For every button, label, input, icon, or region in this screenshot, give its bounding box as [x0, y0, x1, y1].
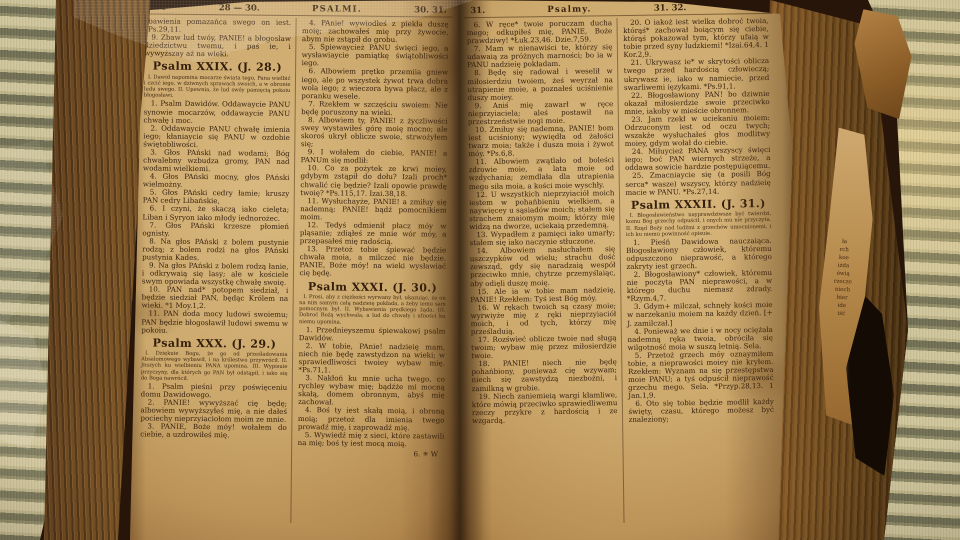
text-block: 3. Nakłoń ku mnie ucha twego, co rychley…	[298, 374, 445, 408]
text-block: 11. PAN doda mocy ludowi swoiemu; PAN bę…	[141, 310, 288, 336]
text-block: 19. Niech zaniemieią wargi kłamliwe, któ…	[472, 391, 618, 425]
text-block: 9. Na głos PAński z bolem rodzą łanie, i…	[142, 261, 289, 287]
fragment-word: bier	[836, 295, 847, 301]
verse-range: 28 — 30.	[219, 3, 260, 13]
text-block: Psalm XXIX. (J. 28.)	[144, 61, 291, 75]
text-block: 18. PANIE! niech nie będę pohańbiony, po…	[471, 358, 617, 392]
text-block: 8. Na głos PAński z bolem pustynie rodzą…	[142, 237, 289, 263]
text-column: zbawienia pomazańca swego on iest. *Ps.2…	[137, 16, 295, 523]
text-column: 20. O iakoż iest wielka dobroć twoia, kt…	[616, 16, 780, 523]
text-block: 21. Ukrywasz ie* w skrytości oblicza twe…	[624, 57, 770, 91]
text-block: 2. W tobie, PAnie! nadzieię mam, niech n…	[298, 342, 445, 376]
text-block: 23. Jam rzekł w uciekaniu moiem: Odrzuco…	[624, 114, 770, 148]
left-page-columns: zbawienia pomazańca swego on iest. *Ps.2…	[137, 16, 452, 524]
running-title: PSALMI.	[312, 4, 362, 15]
text-block: 9. Zbaw lud twóy, PANIE! a błogosław dzi…	[144, 34, 291, 60]
text-block: 3. Głos PAński nad wodami; Bóg chwalebny…	[143, 148, 290, 174]
fragment-word: niech	[835, 287, 850, 294]
text-block: 16. W rękach twoich są czasy moie; wyrwi…	[470, 302, 616, 336]
text-block: 7. Mam w nienawiści te, którzy się udawa…	[467, 43, 613, 69]
fragment-word: iżda	[838, 263, 850, 269]
text-block: 3. Gdym+ milczał, schnęły kości moie w n…	[627, 301, 773, 327]
fragment-word: rzecze	[834, 279, 852, 286]
text-block: 5. Śpiewaycież PANU święci iego, a wysła…	[302, 43, 449, 69]
text-block: 22. Błogosławiony PAN! bo dziwnie okazał…	[624, 90, 770, 116]
text-block: 5. Przetoż grzech móy oznaymiłem tobie, …	[628, 350, 774, 400]
text-block: 3. PANIE, Boże móy! wołałem do ciebie, a…	[140, 423, 287, 441]
text-block: I. Dziękuie Bogu, że go od prześladowani…	[141, 351, 288, 383]
text-block: 8. Albowiem ty, PANIE! z życzliwości swe…	[301, 116, 448, 150]
text-block: 24. Miłuycież PANA wszyscy święci iego; …	[625, 146, 771, 172]
text-column: 6. W ręce* twoie poruczam ducha mego; od…	[464, 18, 623, 525]
fragment-word: ła	[842, 239, 847, 245]
text-block: I. Dawid napomina mocarze świata tego, P…	[144, 74, 291, 100]
left-page: 606 28 — 30. PSALMI. 30. 31. zbawienia p…	[126, 0, 460, 540]
text-block: 6. Albowiem prętko przemiia gniew iego, …	[301, 68, 448, 102]
text-block: 25. Zmacniaycie się (a posili Bóg serca*…	[625, 170, 771, 196]
right-page: 31. Psalmy. 31. 32. 607 6. W ręce* twoie…	[458, 0, 792, 540]
text-block: Psalm XXXI. (J. 30.)	[299, 281, 446, 295]
text-block: 11. Albowiem zwątlało od boleści zdrowie…	[468, 156, 614, 190]
running-title: Psalmy.	[547, 4, 591, 15]
text-block: 4. Ponieważ we dnie i w nocy ociężała na…	[627, 326, 773, 352]
verse-range: 31. 32.	[654, 3, 687, 13]
text-block: 13. Przetoż tobie śpiewać będzie chwała …	[299, 245, 446, 279]
fragment-word: ówią	[837, 271, 850, 278]
text-block: Psalm XXX. (J. 29.)	[141, 337, 288, 351]
fragment-word: koe	[839, 255, 849, 261]
text-block: 17. Rozświeć oblicze twoie nad sługą two…	[471, 334, 617, 360]
fragment-word: iść	[837, 311, 845, 317]
text-block: 5. Wywiedź mię z sieci, które zastawili …	[298, 431, 445, 449]
text-block: 9. Aniś mię zawarł w ręce nieprzyiaciela…	[468, 100, 614, 126]
text-block: 1. Pieśń Dawidowa nauczaiąca. Błogosławi…	[626, 237, 772, 271]
text-block: 11. Wysłuchayże, PANIE! a zmiłuy się nad…	[300, 197, 447, 223]
text-block: I. Prosi, aby z ciężkości wyrwany był, u…	[299, 294, 446, 326]
text-block: 2. Błogosławiony* człowiek, któremu nie …	[627, 269, 773, 303]
text-block: 14. Albowiem nasłuchałem się uszczypków …	[470, 245, 616, 287]
text-block: 2. PANIE! wywyższać cię będę; albowiem w…	[140, 398, 287, 424]
text-block: 10. PAN nad* potopem siedział, i będzie …	[142, 286, 289, 312]
text-block: Psalm XXXII. (J. 31.)	[626, 198, 772, 213]
text-block: 12. Tedyś odmienił płacz móy w pląsanie;…	[300, 221, 447, 247]
book-photo: łarchkoeiżdaówiąrzeczeniechbierideiść 60…	[0, 0, 960, 540]
text-block: 10. Zmiłuy się nademną, PANIE! bom iest …	[468, 124, 614, 158]
text-block: 2. Oddawaycie PANU chwałę imienia iego; …	[143, 124, 290, 150]
text-block: 6. W ręce* twoie poruczam ducha mego; od…	[467, 19, 613, 45]
text-block: 6. ✳ W	[298, 449, 445, 459]
text-block: 6. Oto się tobie będzie modlił każdy świ…	[628, 398, 774, 424]
text-block: 4. PAnie! wywiodłeś z piekła duszę moię;…	[302, 19, 449, 45]
verse-range: 31.	[470, 6, 485, 16]
right-page-content: 31. Psalmy. 31. 32. 607 6. W ręce* twoie…	[458, 0, 792, 540]
verse-range: 30. 31.	[414, 5, 447, 15]
left-page-content: 606 28 — 30. PSALMI. 30. 31. zbawienia p…	[126, 0, 460, 540]
text-block: I. Błogosławieństwo nayprawdziwsze być t…	[626, 211, 772, 238]
right-page-columns: 6. W ręce* twoie poruczam ducha mego; od…	[464, 16, 779, 525]
text-block: 8. Będę się radował i weselił w miłosier…	[467, 68, 613, 102]
text-block: 10. Co za pożytek ze krwi moiey, gdybym …	[300, 164, 447, 198]
fragment-word: rch	[839, 247, 849, 253]
text-block: 4. Boś ty iest skałą moią, i obroną moią…	[298, 406, 445, 432]
text-column: 4. PAnie! wywiodłeś z piekła duszę moię;…	[290, 18, 453, 525]
text-block: 12. U wszystkich nieprzyiaciół moich ies…	[469, 189, 615, 231]
text-block: 20. O iakoż iest wielka dobroć twoia, kt…	[623, 17, 769, 59]
text-block: 1. Psalm Dawidów. Oddawaycie PANU synowi…	[144, 100, 291, 126]
fragment-word: ide	[837, 303, 846, 309]
